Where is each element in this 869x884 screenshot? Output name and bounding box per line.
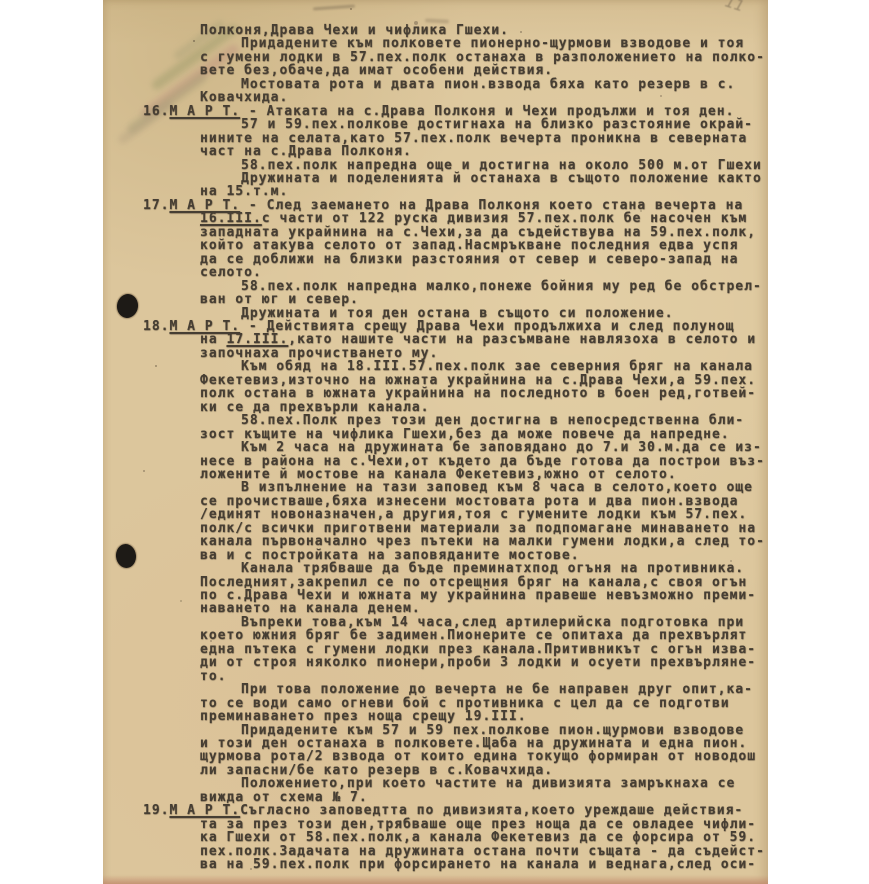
text-segment: 19. [143,803,169,818]
text-line: 57 и 59.пех.полкове достигнаха на близко… [143,118,768,131]
text-line: 58.пех.полк напредна още и достигна на о… [143,159,768,172]
punch-hole-bottom [115,543,137,569]
text-line: Към 2 часа на дружината бе заповядано до… [143,441,768,454]
text-segment: 17. [143,198,169,213]
text-line: ван от юг и север. [143,293,768,306]
scan-background: { "page": { "pencil_note": "11", "colors… [0,0,869,884]
text-line: селото. [143,266,768,279]
text-segment: то. [200,669,226,684]
text-line: Придадените към полковете пионерно-щурмо… [143,37,768,50]
text-line: да се доближи на близки разстояния от се… [143,253,768,266]
text-line: Дружината и поделенията й останаха в същ… [143,172,768,185]
text-line: 16.III.с части от 122 руска дивизия 57.п… [143,212,768,225]
text-line: Придадените към 57 и 59 пех.полкове пион… [143,724,768,737]
text-line: Полконя,Драва Чехи и чифлика Гшехи. [143,24,768,37]
text-line: несе в района на с.Чехи,от където да бъд… [143,455,768,468]
ink-smudge [313,5,355,11]
text-line: 18.М А Р Т. - Действията срещу Драва Чех… [143,320,768,333]
text-line: се прочистваше,бяха изнесени мостовата р… [143,495,768,508]
text-line: полк остана в южната украйнина на послед… [143,387,768,400]
text-line: то се води само огневи бой с противника … [143,697,768,710]
text-line: вете без,обаче,да имат особени действия. [143,64,768,77]
text-line: нините на селата,като 57.пех.полк вечерт… [143,132,768,145]
text-line: Към обяд на 18.III.57.пех.полк зае север… [143,360,768,373]
text-segment: ди от строя няколко пионери,проби 3 лодк… [200,655,756,670]
underlined-date: М А Р Т. [169,104,240,119]
text-line: При това положение до вечерта не бе напр… [143,683,768,696]
text-line: по с.Драва Чехи и южната му украйнина пр… [143,589,768,602]
text-line: Дружината и тоя ден остана в същото си п… [143,307,768,320]
text-line: Канала трябваше да бъде преминатхпод огъ… [143,562,768,575]
text-line: ка Гшехи от 58.пех.полк,а канала Фекетев… [143,831,768,844]
text-line: /единят новоназначен,а другия,тоя с гуме… [143,508,768,521]
punch-hole-top [115,293,139,320]
paper-speckles [103,0,105,2]
text-line: преминаването през ноща срещу 19.III. [143,710,768,723]
text-line: който атакува селото от запад.Насмръкван… [143,239,768,252]
text-line: Положението,при което частите на дивизия… [143,777,768,790]
text-line: което южния бряг бе задимен.Пионерите се… [143,629,768,642]
text-line: Ковачхида. [143,91,768,104]
text-line: ли запасни/бе като резерв в с.Ковачхида. [143,764,768,777]
paper-bottom-shadow [103,875,768,884]
text-line: 19.М А Р Т.Съгласно заповедтта по дивизи… [143,804,768,817]
text-segment: да се доближи на близки разстояния от се… [200,252,738,267]
text-segment: Дружината и поделенията й останаха в същ… [241,171,762,186]
text-segment: 16. [143,104,169,119]
text-line: Последният,закрепил се по отсрещния бряг… [143,576,768,589]
text-line: част на с.Драва Полконя. [143,145,768,158]
text-line: Мостовата рота и двата пион.взвода бяха … [143,78,768,91]
pencil-mark: 11 [723,0,746,15]
text-line: на 15.т.м. [143,185,768,198]
text-line: 58.пех.полк напредна малко,понеже бойния… [143,280,768,293]
text-line: канала първоначално чрез пътеки на малки… [143,535,768,548]
text-line: В изпълнение на тази заповед към 8 часа … [143,481,768,494]
text-segment: 18. [143,319,169,334]
text-line: на 17.III.,като нашите части на разсъмва… [143,333,768,346]
text-line: щурмова рота/2 взвода от които едина ток… [143,750,768,763]
text-segment: ва на 59.пех.полк при форсирането на кан… [200,857,756,872]
text-line: ва на 59.пех.полк при форсирането на кан… [143,858,768,871]
text-segment: Мостовата рота и двата пион.взвода бяха … [241,77,735,92]
text-line: 58.пех.Полк през този ден достигна в неп… [143,414,768,427]
text-line: полк/с всички приготвени материали за по… [143,522,768,535]
text-line: наването на канала денем. [143,602,768,615]
typewritten-text: Полконя,Драва Чехи и чифлика Гшехи.Прида… [143,24,768,872]
document-page: 11 Полконя,Драва Чехи и чифлика Гшехи.Пр… [103,0,768,884]
text-line: ложените й мостове на канала Фекетевиз,ю… [143,468,768,481]
text-line: ди от строя няколко пионери,проби 3 лодк… [143,656,768,669]
